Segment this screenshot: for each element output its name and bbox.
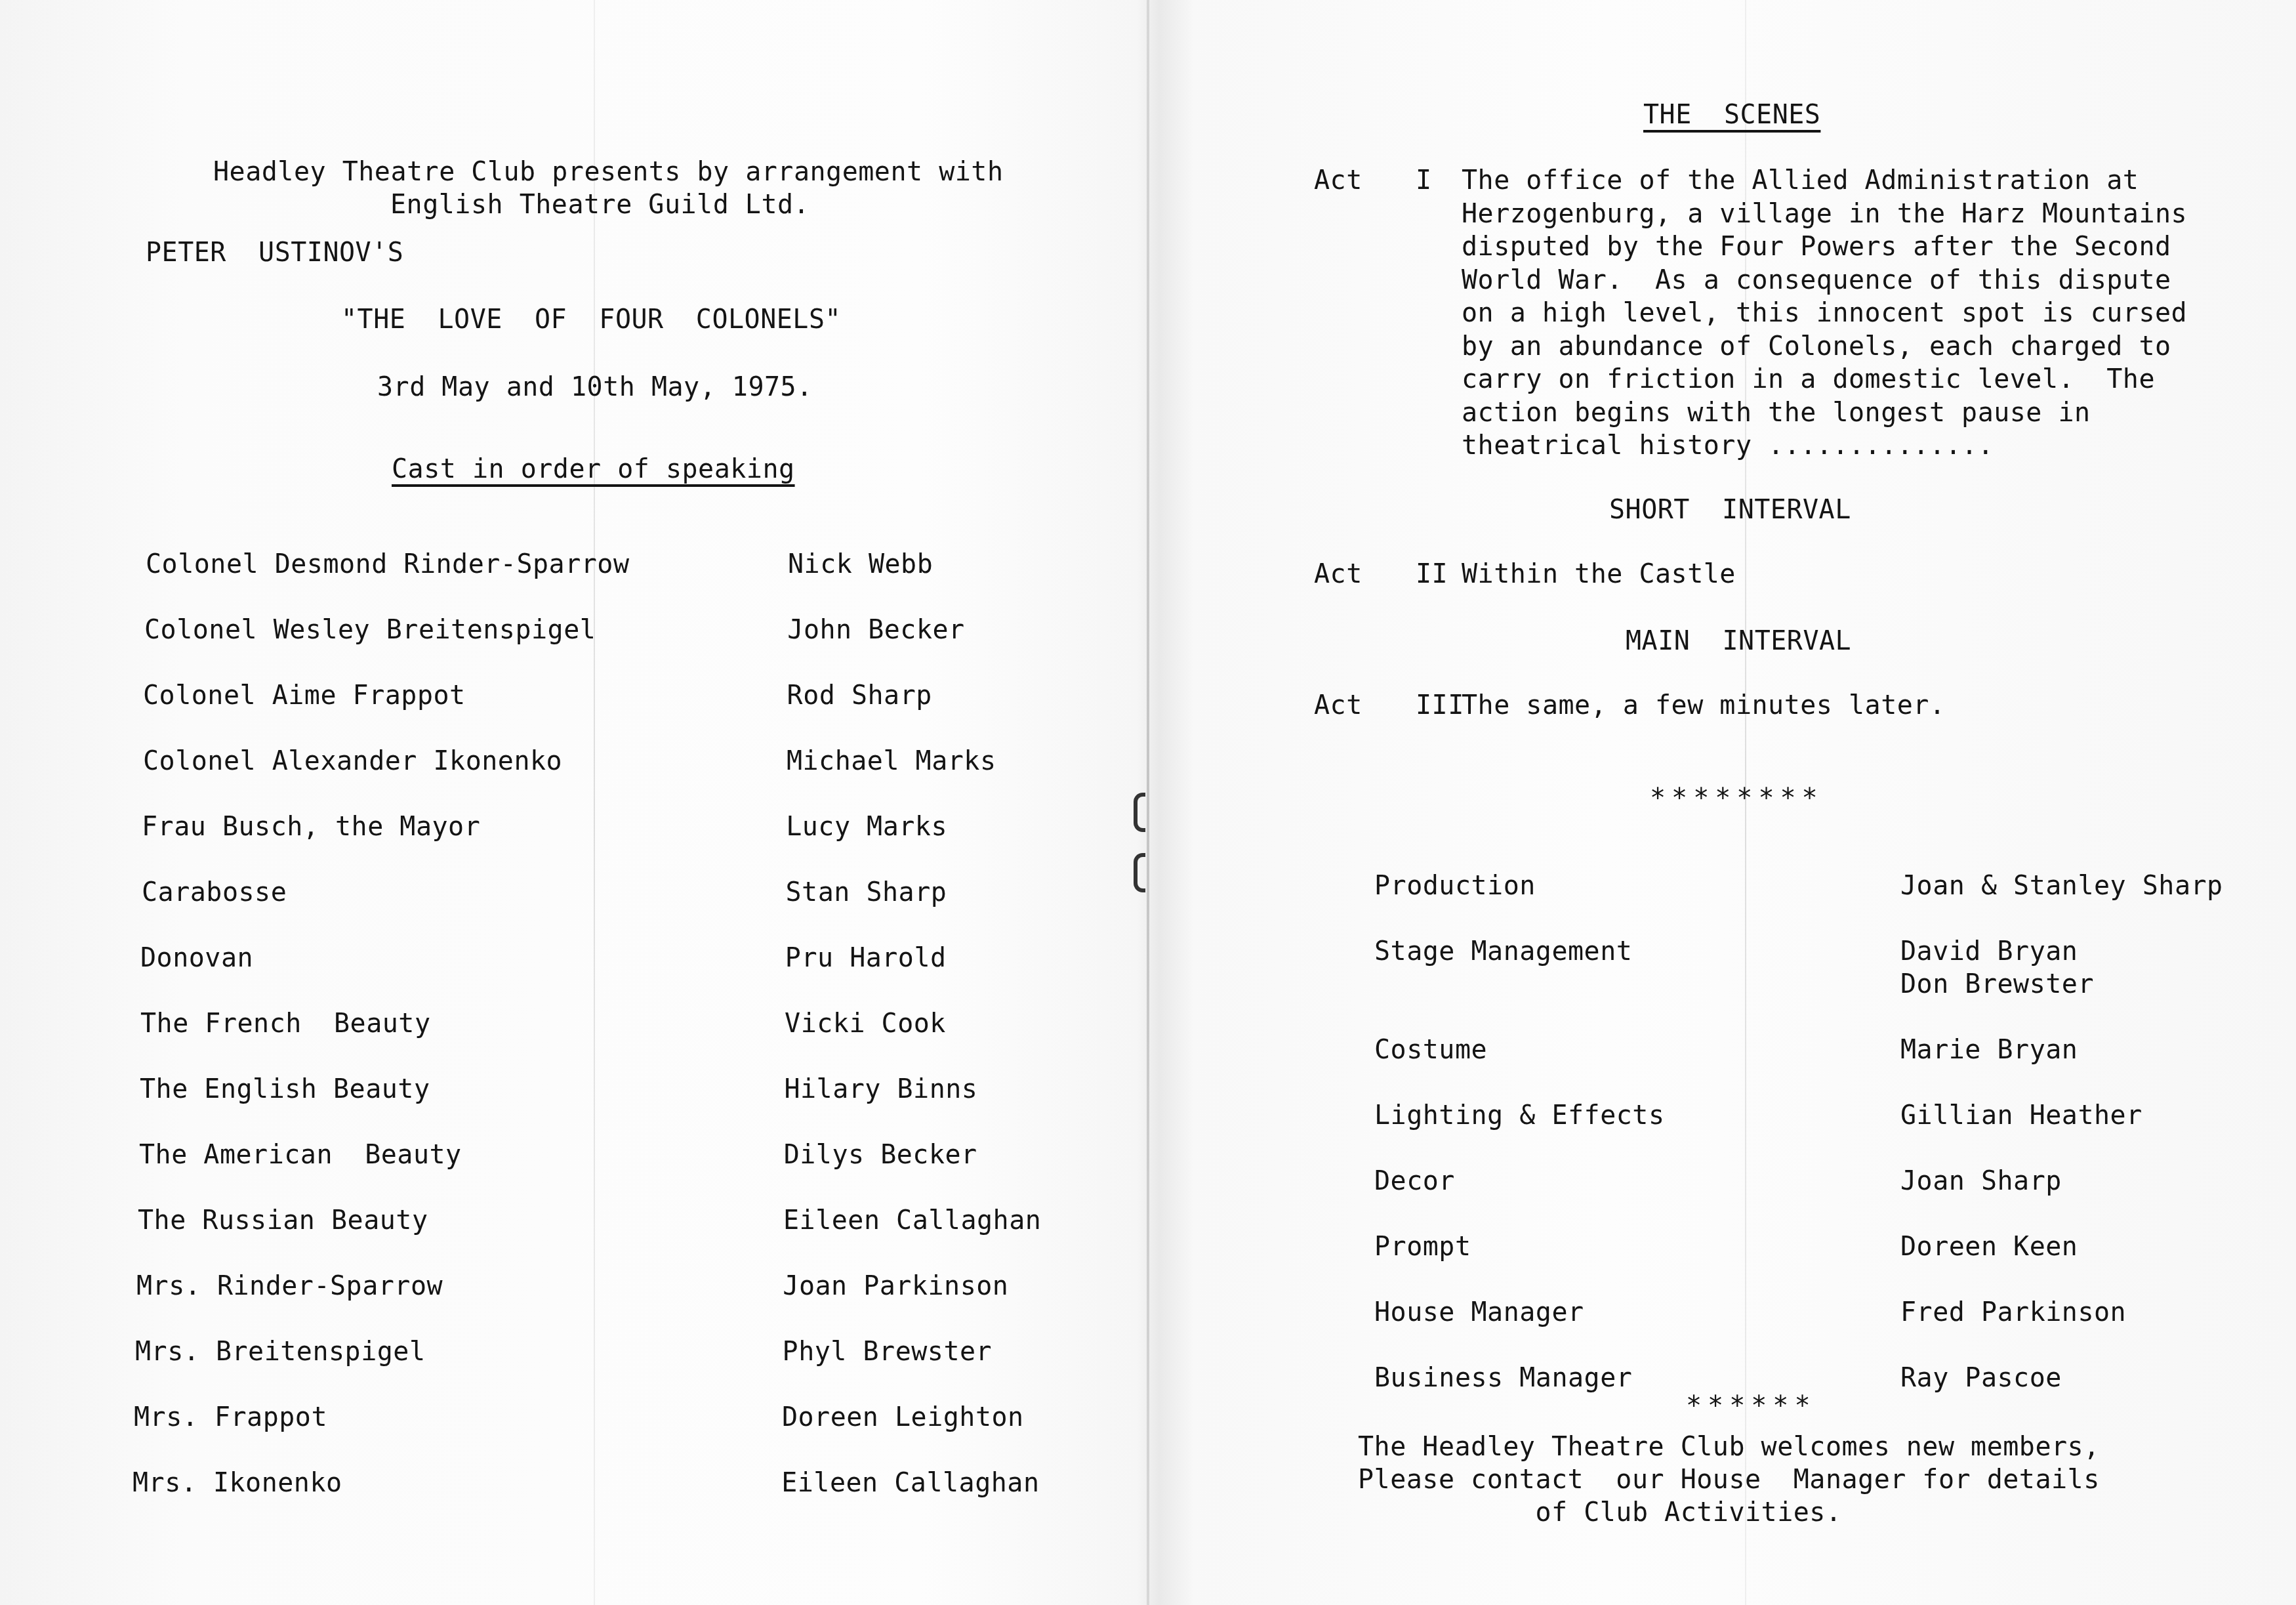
crew-role: Production: [1374, 869, 1536, 902]
act-label: Act: [1314, 689, 1363, 722]
performance-dates: 3rd May and 10th May, 1975.: [377, 371, 813, 404]
separator-stars: ********: [1650, 782, 1824, 815]
cast-actor: Nick Webb: [788, 548, 933, 581]
cast-actor: Stan Sharp: [786, 876, 947, 909]
presents-line-2: English Theatre Guild Ltd.: [390, 188, 810, 221]
act-label: Act: [1314, 558, 1363, 591]
cast-role: Donovan: [140, 942, 253, 974]
membership-notice: The Headley Theatre Club welcomes new me…: [1358, 1430, 2100, 1529]
cast-role: The Russian Beauty: [138, 1204, 428, 1237]
programme-spread: Headley Theatre Club presents by arrange…: [0, 0, 2296, 1605]
play-title: "THE LOVE OF FOUR COLONELS": [341, 303, 841, 336]
cast-role: Colonel Alexander Ikonenko: [143, 745, 562, 778]
cast-role: The French Beauty: [140, 1007, 430, 1040]
crew-role: Decor: [1374, 1165, 1455, 1198]
cast-actor: Michael Marks: [787, 745, 996, 778]
separator-stars: ******: [1686, 1390, 1816, 1423]
staple-icon: [1134, 793, 1145, 832]
cast-actor: Phyl Brewster: [783, 1335, 993, 1368]
presents-line-1: Headley Theatre Club presents by arrange…: [213, 156, 1004, 188]
crew-name: Doreen Keen: [1900, 1230, 2078, 1263]
main-interval: MAIN INTERVAL: [1626, 625, 1851, 657]
crew-name: Ray Pascoe: [1900, 1362, 2062, 1394]
crew-name: Joan & Stanley Sharp: [1900, 869, 2223, 902]
cast-role: The American Beauty: [139, 1138, 462, 1171]
author: PETER USTINOV'S: [146, 236, 403, 269]
centre-fold: [1147, 0, 1149, 1605]
cast-actor: Pru Harold: [785, 942, 947, 974]
cast-actor: Lucy Marks: [786, 810, 947, 843]
cast-actor: Joan Parkinson: [783, 1270, 1008, 1303]
act-label: Act: [1314, 164, 1363, 197]
cast-role: Mrs. Frappot: [134, 1401, 327, 1434]
cast-actor: Eileen Callaghan: [783, 1204, 1041, 1237]
crew-role: House Manager: [1374, 1296, 1584, 1329]
cast-actor: Vicki Cook: [785, 1007, 946, 1040]
cast-actor: Hilary Binns: [784, 1073, 977, 1106]
paper-crease: [594, 0, 595, 1605]
cast-actor: Eileen Callaghan: [781, 1467, 1039, 1499]
cast-role: The English Beauty: [140, 1073, 430, 1106]
cast-role: Frau Busch, the Mayor: [142, 810, 480, 843]
act-description: Within the Castle: [1462, 558, 1736, 591]
cast-role: Colonel Wesley Breitenspigel: [144, 614, 596, 646]
crew-role: Business Manager: [1374, 1362, 1632, 1394]
crew-name: Fred Parkinson: [1900, 1296, 2126, 1329]
cast-actor: Dilys Becker: [784, 1138, 977, 1171]
staple-icon: [1134, 853, 1145, 892]
scenes-heading: THE SCENES: [1643, 98, 1820, 131]
cast-role: Colonel Aime Frappot: [143, 679, 466, 712]
crew-role: Prompt: [1374, 1230, 1471, 1263]
cast-actor: Doreen Leighton: [782, 1401, 1024, 1434]
crew-role: Lighting & Effects: [1374, 1099, 1664, 1132]
cast-actor: John Becker: [787, 614, 964, 646]
cast-role: Colonel Desmond Rinder-Sparrow: [146, 548, 629, 581]
crew-name: Marie Bryan: [1900, 1033, 2078, 1066]
cast-role: Mrs. Breitenspigel: [135, 1335, 425, 1368]
act-number: II: [1416, 558, 1448, 591]
crew-name: David Bryan Don Brewster: [1900, 935, 2094, 1001]
crew-role: Stage Management: [1374, 935, 1632, 968]
crew-name: Gillian Heather: [1900, 1099, 2142, 1132]
act-number: I: [1416, 164, 1432, 197]
act-description: The office of the Allied Administration …: [1462, 164, 2187, 463]
crew-name: Joan Sharp: [1900, 1165, 2062, 1198]
crew-role: Costume: [1374, 1033, 1487, 1066]
act-number: III: [1416, 689, 1464, 722]
cast-role: Carabosse: [142, 876, 287, 909]
short-interval: SHORT INTERVAL: [1609, 493, 1851, 526]
cast-role: Mrs. Rinder-Sparrow: [136, 1270, 443, 1303]
cast-role: Mrs. Ikonenko: [133, 1467, 342, 1499]
act-description: The same, a few minutes later.: [1462, 689, 1945, 722]
cast-actor: Rod Sharp: [787, 679, 932, 712]
cast-heading: Cast in order of speaking: [392, 453, 795, 486]
